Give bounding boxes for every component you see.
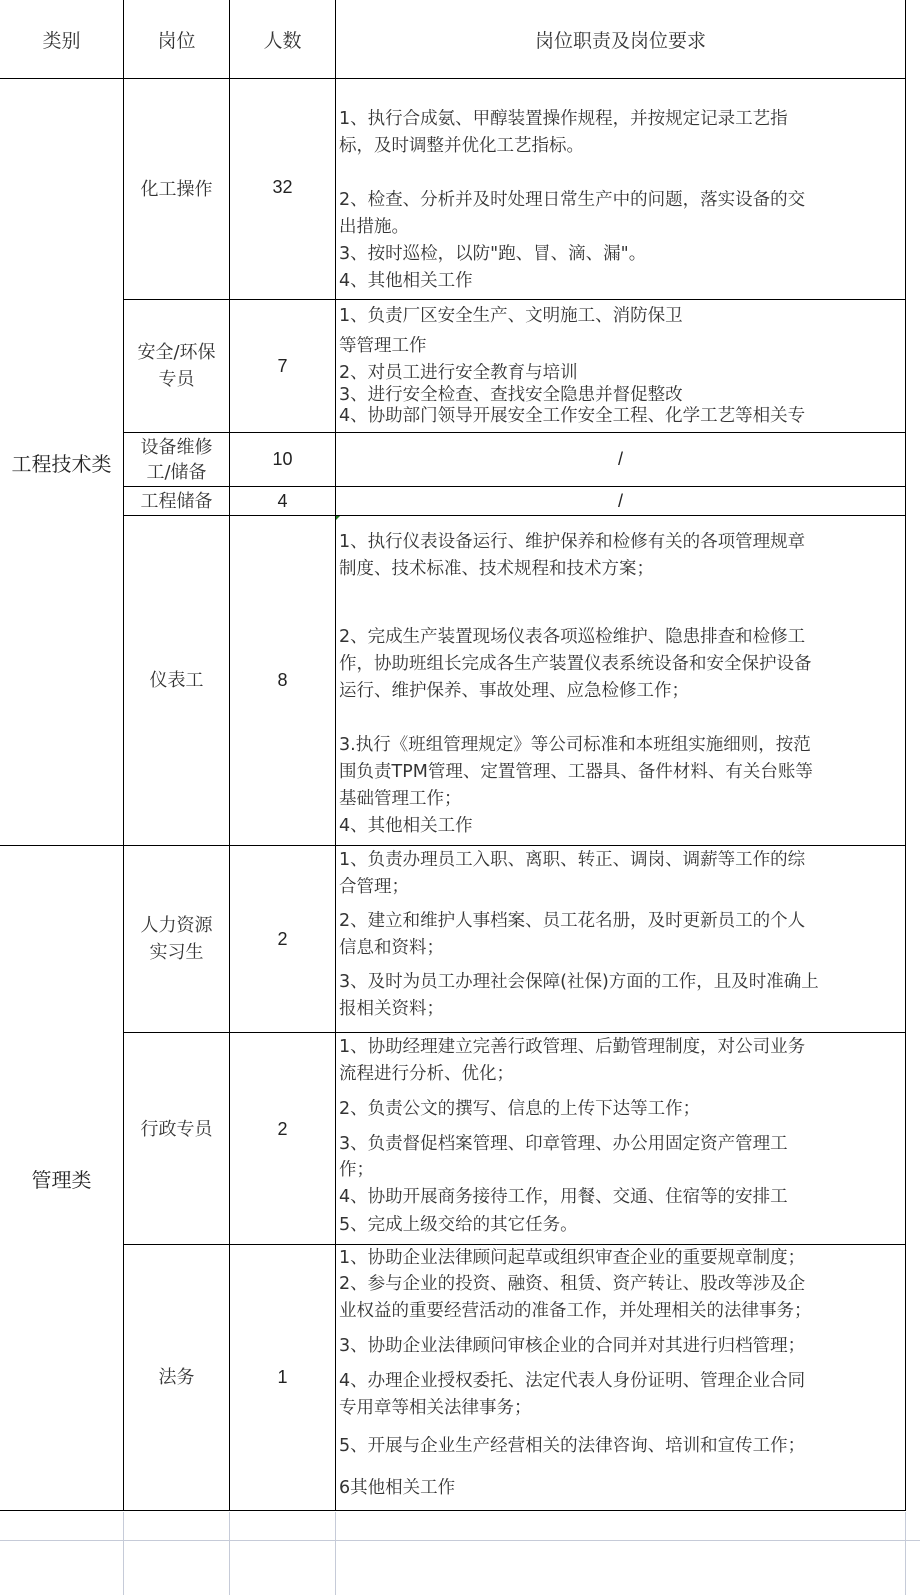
- position-cell[interactable]: 工程储备: [124, 487, 230, 516]
- duties-cell[interactable]: 1、负责厂区安全生产、文明施工、消防保卫 等管理工作 2、对员工进行安全教育与培…: [336, 300, 906, 433]
- duty-line: 2、检查、分析并及时处理日常生产中的问题，落实设备的交: [339, 187, 905, 214]
- header-position[interactable]: 岗位: [124, 0, 230, 79]
- duties-cell[interactable]: 1、执行仪表设备运行、维护保养和检修有关的各项管理规章 制度、技术标准、技术规程…: [336, 516, 906, 846]
- duty-line: 标，及时调整并优化工艺指标。: [339, 133, 905, 160]
- duty-line: 6其他相关工作: [339, 1475, 905, 1502]
- duty-line: 制度、技术标准、技术规程和技术方案；: [339, 556, 905, 583]
- duty-line: 基础管理工作；: [339, 786, 905, 813]
- header-headcount[interactable]: 人数: [230, 0, 336, 79]
- headcount-cell[interactable]: 4: [230, 487, 336, 516]
- position-label-line2: 工/储备: [146, 460, 206, 485]
- duty-line: 3、进行安全检查、查找安全隐患并督促整改: [339, 385, 905, 406]
- position-label-line1: 安全/环保: [137, 339, 215, 366]
- duties-cell[interactable]: 1、执行合成氨、甲醇装置操作规程，并按规定记录工艺指 标，及时调整并优化工艺指标…: [336, 79, 906, 300]
- duty-line: 2、参与企业的投资、融资、租赁、资产转让、股改等涉及企: [339, 1271, 905, 1298]
- duty-line: 4、其他相关工作: [339, 813, 905, 840]
- duty-line: 运行、维护保养、事故处理、应急检修工作；: [339, 678, 905, 705]
- duty-line: 报相关资料；: [339, 996, 905, 1023]
- gridline: [905, 1512, 906, 1595]
- duty-line: 1、负责厂区安全生产、文明施工、消防保卫: [339, 301, 905, 331]
- headcount-cell[interactable]: 2: [230, 1033, 336, 1245]
- duty-line: 4、协助开展商务接待工作，用餐、交通、住宿等的安排工: [339, 1182, 905, 1212]
- duties-cell[interactable]: 1、协助企业法律顾问起草或组织审查企业的重要规章制度； 2、参与企业的投资、融资…: [336, 1245, 906, 1511]
- duty-line: 2、负责公文的撰写、信息的上传下达等工作；: [339, 1096, 905, 1123]
- position-cell[interactable]: 行政专员: [124, 1033, 230, 1245]
- duty-line: [339, 160, 905, 187]
- duty-line: 业权益的重要经营活动的准备工作，并处理相关的法律事务；: [339, 1298, 905, 1325]
- position-cell[interactable]: 化工操作: [124, 79, 230, 300]
- duty-line: 出措施。: [339, 214, 905, 241]
- duty-line: 等管理工作: [339, 331, 905, 361]
- duty-line: 1、执行仪表设备运行、维护保养和检修有关的各项管理规章: [339, 529, 905, 556]
- duty-line: 作，协助班组长完成各生产装置仪表系统设备和安全保护设备: [339, 651, 905, 678]
- header-category[interactable]: 类别: [0, 0, 124, 79]
- headcount-cell[interactable]: 7: [230, 300, 336, 433]
- gridline: [229, 1512, 230, 1595]
- position-cell[interactable]: 安全/环保 专员: [124, 300, 230, 433]
- duty-line: 5、开展与企业生产经营相关的法律咨询、培训和宣传工作；: [339, 1433, 905, 1460]
- position-cell[interactable]: 法务: [124, 1245, 230, 1511]
- job-table: 类别 岗位 人数 岗位职责及岗位要求 工程技术类 管理类 化工操作 32 1、执…: [0, 0, 920, 1595]
- duty-line: 3、及时为员工办理社会保障(社保)方面的工作，且及时准确上: [339, 969, 905, 996]
- gridline: [123, 1512, 124, 1595]
- headcount-cell[interactable]: 1: [230, 1245, 336, 1511]
- category-engineering[interactable]: 工程技术类: [0, 79, 124, 846]
- duties-cell[interactable]: 1、负责办理员工入职、离职、转正、调岗、调薪等工作的综 合管理； 2、建立和维护…: [336, 846, 906, 1033]
- duty-line: 3、负责督促档案管理、印章管理、办公用固定资产管理工: [339, 1131, 905, 1158]
- duties-cell[interactable]: 1、协助经理建立完善行政管理、后勤管理制度，对公司业务 流程进行分析、优化； 2…: [336, 1033, 906, 1245]
- position-label-line2: 专员: [159, 366, 195, 393]
- duty-line: 3.执行《班组管理规定》等公司标准和本班组实施细则，按范: [339, 732, 905, 759]
- duty-line: 4、办理企业授权委托、法定代表人身份证明、管理企业合同: [339, 1368, 905, 1395]
- headcount-cell[interactable]: 10: [230, 433, 336, 487]
- position-cell[interactable]: 人力资源 实习生: [124, 846, 230, 1033]
- duties-cell[interactable]: /: [336, 487, 906, 516]
- duty-line: [339, 705, 905, 732]
- headcount-cell[interactable]: 2: [230, 846, 336, 1033]
- category-management[interactable]: 管理类: [0, 846, 124, 1511]
- duty-line: 2、对员工进行安全教育与培训: [339, 361, 905, 385]
- duty-line: 5、完成上级交给的其它任务。: [339, 1212, 905, 1239]
- cell-comment-marker: [336, 516, 340, 520]
- duty-line: 4、其他相关工作: [339, 268, 905, 295]
- duty-line: 信息和资料；: [339, 935, 905, 962]
- position-label-line1: 人力资源: [141, 912, 213, 939]
- duties-cell[interactable]: /: [336, 433, 906, 487]
- duty-line: 专用章等相关法律事务；: [339, 1395, 905, 1422]
- position-cell[interactable]: 仪表工: [124, 516, 230, 846]
- duty-line: [339, 610, 905, 624]
- headcount-cell[interactable]: 8: [230, 516, 336, 846]
- duty-line: 围负责TPM管理、定置管理、工器具、备件材料、有关台账等: [339, 759, 905, 786]
- duty-line: 合管理；: [339, 874, 905, 901]
- headcount-cell[interactable]: 32: [230, 79, 336, 300]
- duty-line: 3、按时巡检，以防"跑、冒、滴、漏"。: [339, 241, 905, 268]
- position-label-line2: 实习生: [150, 939, 204, 966]
- duty-line: 1、协助经理建立完善行政管理、后勤管理制度，对公司业务: [339, 1034, 905, 1061]
- position-label-line1: 设备维修: [141, 435, 213, 460]
- duty-line: 2、建立和维护人事档案、员工花名册，及时更新员工的个人: [339, 908, 905, 935]
- duty-line: [339, 583, 905, 610]
- duty-line: 4、协助部门领导开展安全工作安全工程、化学工艺等相关专: [339, 406, 905, 427]
- position-cell[interactable]: 设备维修 工/储备: [124, 433, 230, 487]
- duty-line: 2、完成生产装置现场仪表各项巡检维护、隐患排查和检修工: [339, 624, 905, 651]
- position-label: 化工操作: [141, 176, 213, 203]
- duty-line: 3、协助企业法律顾问审核企业的合同并对其进行归档管理；: [339, 1333, 905, 1360]
- duty-line: 1、执行合成氨、甲醇装置操作规程，并按规定记录工艺指: [339, 106, 905, 133]
- duty-line: 流程进行分析、优化；: [339, 1061, 905, 1088]
- duty-line: 1、协助企业法律顾问起草或组织审查企业的重要规章制度；: [339, 1246, 905, 1271]
- header-duties[interactable]: 岗位职责及岗位要求: [336, 0, 906, 79]
- duty-line: 1、负责办理员工入职、离职、转正、调岗、调薪等工作的综: [339, 847, 905, 874]
- duty-line: 作；: [339, 1158, 905, 1182]
- gridline: [0, 1540, 920, 1541]
- gridline: [335, 1512, 336, 1595]
